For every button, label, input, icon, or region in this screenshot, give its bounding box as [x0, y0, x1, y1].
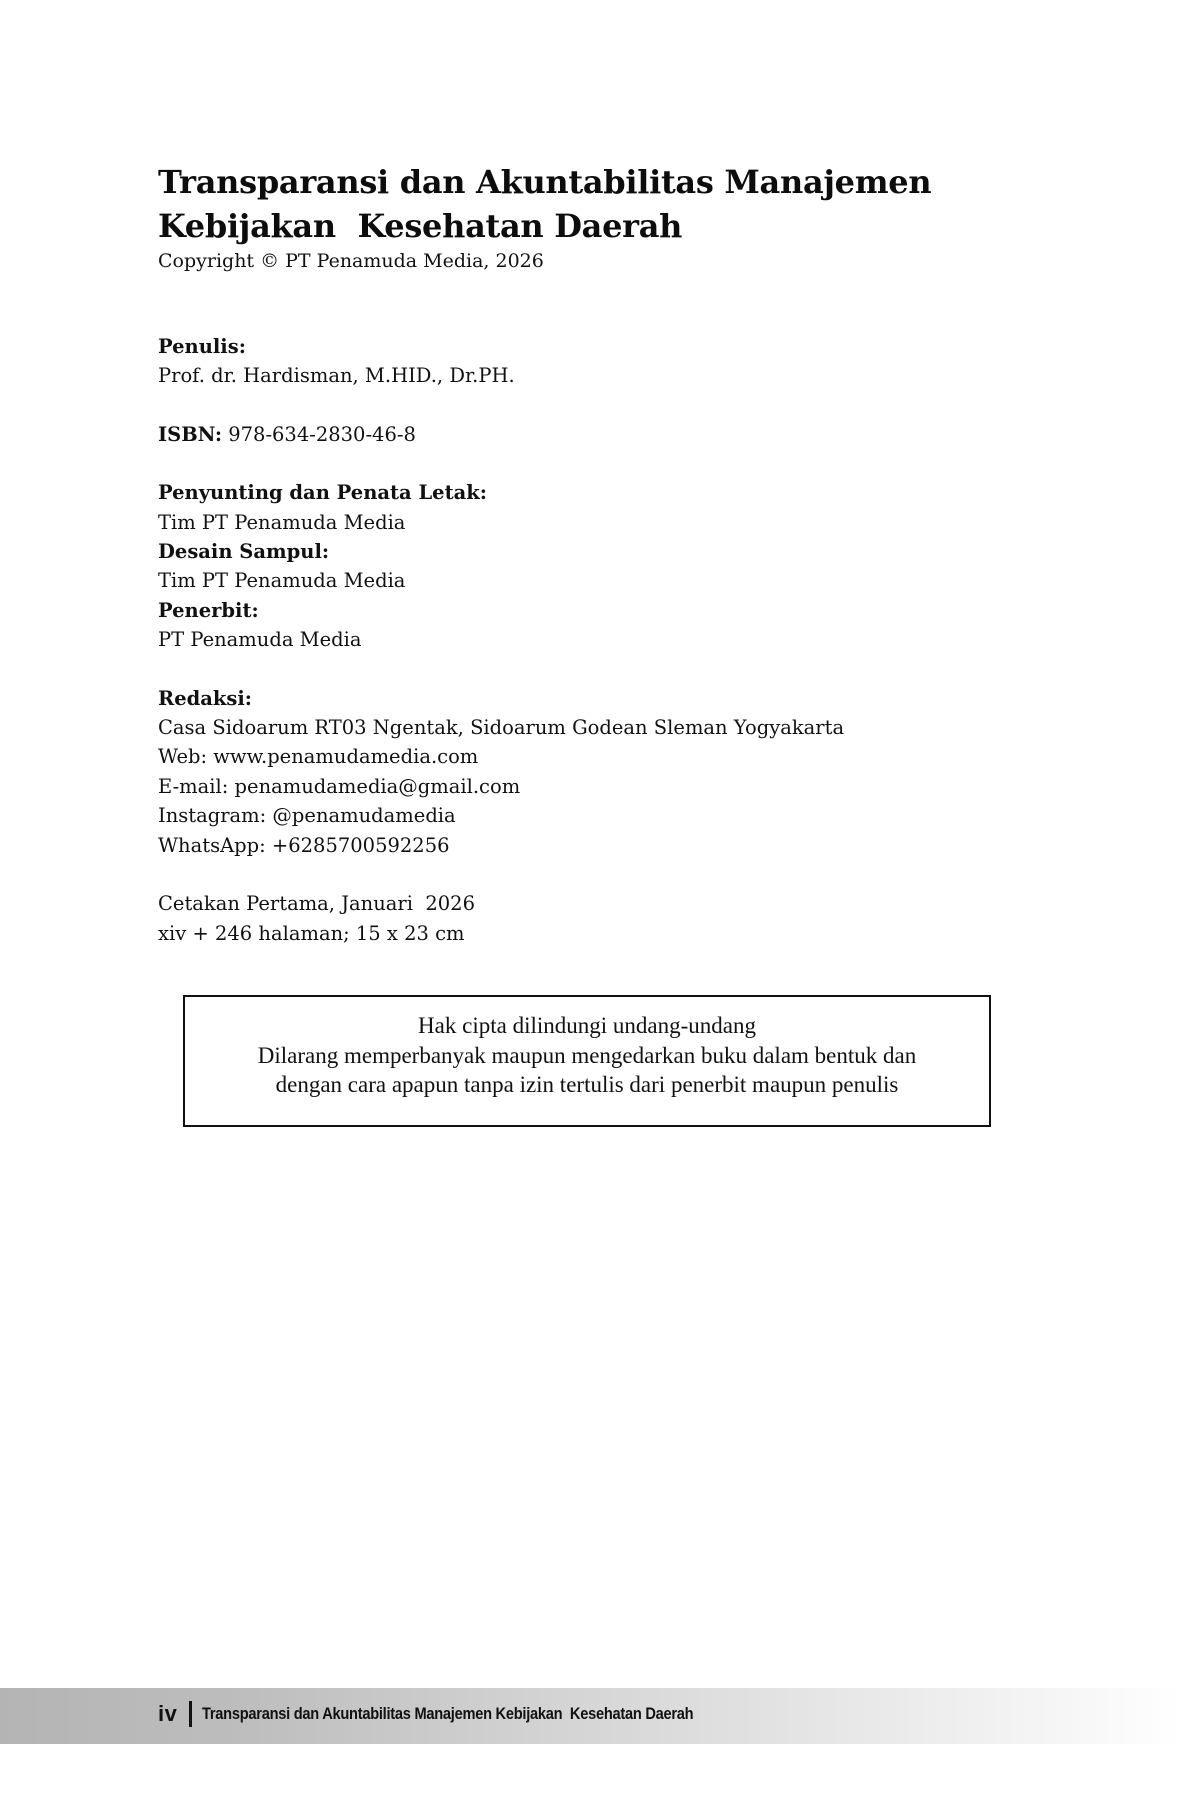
isbn-section: ISBN: 978-634-2830-46-8	[158, 420, 1038, 449]
cover-design-label: Desain Sampul:	[158, 537, 1038, 566]
cover-design-value: Tim PT Penamuda Media	[158, 566, 1038, 595]
page-number: iv	[158, 1701, 177, 1727]
notice-line-2: Dilarang memperbanyak maupun mengedarkan…	[185, 1041, 989, 1071]
author-section: Penulis: Prof. dr. Hardisman, M.HID., Dr…	[158, 332, 1038, 391]
spacer	[158, 655, 1038, 684]
redaksi-instagram: Instagram: @penamudamedia	[158, 801, 1038, 830]
book-title: Transparansi dan Akuntabilitas Manajemen…	[158, 160, 1038, 248]
editor-value: Tim PT Penamuda Media	[158, 508, 1038, 537]
redaksi-section: Redaksi: Casa Sidoarum RT03 Ngentak, Sid…	[158, 684, 1038, 860]
editor-label: Penyunting dan Penata Letak:	[158, 478, 1038, 507]
notice-line-3: dengan cara apapun tanpa izin tertulis d…	[185, 1070, 989, 1100]
book-title-line-2: Kebijakan Kesehatan Daerah	[158, 204, 1038, 248]
isbn-value: 978-634-2830-46-8	[228, 423, 416, 446]
printing-section: Cetakan Pertama, Januari 2026 xiv + 246 …	[158, 889, 1038, 948]
running-title: Transparansi dan Akuntabilitas Manajemen…	[202, 1704, 693, 1724]
production-section: Penyunting dan Penata Letak: Tim PT Pena…	[158, 478, 1038, 654]
copyright-warning-box: Hak cipta dilindungi undang-undang Dilar…	[183, 995, 991, 1127]
spacer	[158, 274, 1038, 332]
redaksi-label: Redaksi:	[158, 684, 1038, 713]
author-name: Prof. dr. Hardisman, M.HID., Dr.PH.	[158, 361, 1038, 390]
spacer	[158, 449, 1038, 478]
footer-divider	[189, 1701, 192, 1727]
publisher-label: Penerbit:	[158, 596, 1038, 625]
author-label: Penulis:	[158, 332, 1038, 361]
notice-line-1: Hak cipta dilindungi undang-undang	[185, 1011, 989, 1041]
isbn-label: ISBN:	[158, 423, 222, 446]
spacer	[158, 860, 1038, 889]
spacer	[158, 391, 1038, 420]
redaksi-whatsapp: WhatsApp: +6285700592256	[158, 831, 1038, 860]
redaksi-web: Web: www.penamudamedia.com	[158, 742, 1038, 771]
edition-info: Cetakan Pertama, Januari 2026	[158, 889, 1038, 918]
book-title-line-1: Transparansi dan Akuntabilitas Manajemen	[158, 160, 1038, 204]
page-count-info: xiv + 246 halaman; 15 x 23 cm	[158, 919, 1038, 948]
copyright-notice: Copyright © PT Penamuda Media, 2026	[158, 248, 1038, 274]
page-footer: iv Transparansi dan Akuntabilitas Manaje…	[158, 1697, 774, 1731]
redaksi-email: E-mail: penamudamedia@gmail.com	[158, 772, 1038, 801]
redaksi-address: Casa Sidoarum RT03 Ngentak, Sidoarum God…	[158, 713, 1038, 742]
publisher-value: PT Penamuda Media	[158, 625, 1038, 654]
copyright-page: Transparansi dan Akuntabilitas Manajemen…	[158, 160, 1038, 948]
